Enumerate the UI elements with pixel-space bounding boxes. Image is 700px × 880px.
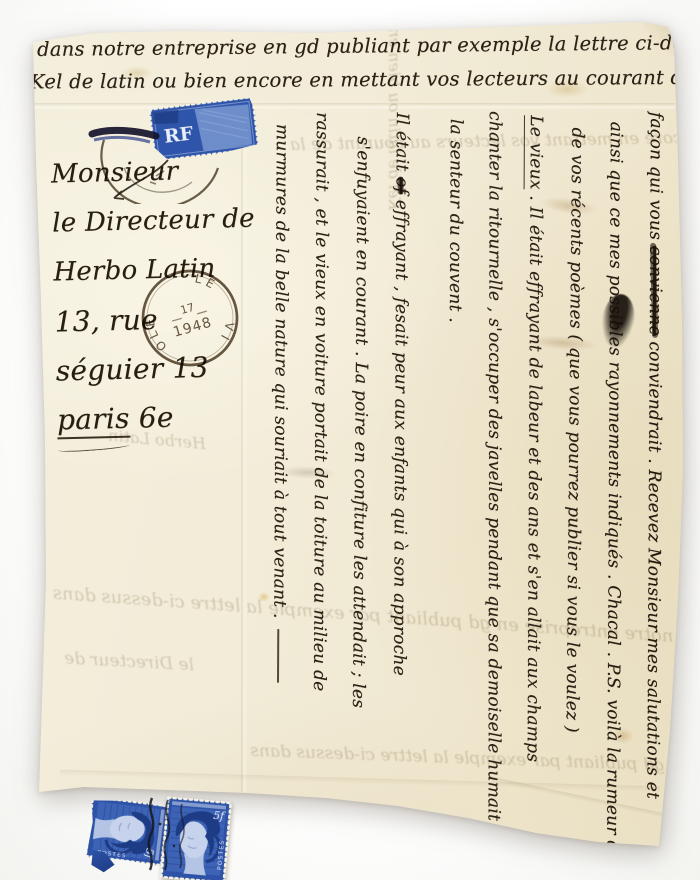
manuscript-text: ainsi que ce mes possibles rayonnements … [602,122,626,879]
manuscript-line: s'enfuyaient en courant . La poire en co… [337,110,383,802]
postmark-ring-letter: L [194,271,204,286]
manuscript-text: murmures de la belle nature qui souriait… [269,124,292,619]
pen-flourish [58,442,130,454]
top-handwritten-line-1: dans notre entreprise en gd publiant par… [37,30,700,61]
cancellation-marks [138,794,218,874]
manuscript-text: rassurait , et le vieux en voiture porta… [309,112,332,691]
city-underlined: paris [57,402,130,440]
postmark-ring-letter: L [146,329,162,341]
manuscript-text: effrayant , fesait peur aux enfants qui … [389,194,412,676]
ghost-writing: le Directeur de [64,649,195,676]
postmark-ring-letter: E [143,318,158,327]
manuscript-line: murmures de la belle nature qui souriait… [258,110,302,802]
photograph-of-letter: Kel de latin ou bien encore en mettant v… [0,0,700,880]
pen-flourish [278,629,280,683]
postmark-year: 1948 [171,314,214,340]
underlined-title: Le vieux [524,115,546,190]
crossed-out-word: of [392,177,412,194]
horizontal-fold-crease [30,103,675,110]
manuscript-line: ainsi que ce mes possibles rayonnements … [592,112,636,804]
postmark-ring-letter: V [221,321,237,333]
manuscript-text: de vos récents poèmes ( que vous pourrez… [562,127,588,732]
manuscript-text: . Il était effrayant de labeur et des an… [523,190,546,763]
manuscript-line: chanter la ritournelle , s'occuper des j… [474,111,515,803]
manuscript-text: s'enfuyaient en courant . La poire en co… [348,136,373,708]
manuscript-text: conviendrait . Recevez Monsieur mes salu… [642,336,664,799]
manuscript-text: la senteur du couvent . [445,119,466,323]
manuscript-line: de vos récents poèmes ( que vous pourrez… [551,111,598,803]
manuscript-text: chanter la ritournelle , s'occuper des j… [484,111,505,821]
manuscript-body-rotated: façon qui vous convienne conviendrait . … [242,110,676,804]
postmark-day: 17 [179,301,196,317]
address-city-line: paris 6e [56,390,260,444]
manuscript-line: façon qui vous convienne conviendrait . … [632,112,676,804]
manuscript-text: façon qui vous [645,112,666,246]
city-arrondissement: 6e [138,401,174,435]
manuscript-line: la senteur du couvent . [432,111,476,803]
manuscript-line: rassurait , et le vieux en voiture porta… [298,110,342,802]
pen-cancel-marks-top [84,118,204,208]
manuscript-line: Il était of effrayant , fesait peur aux … [378,110,422,802]
top-handwritten-line-2: Kel de latin ou bien encore en mettant v… [30,66,700,94]
crossed-out-word: convienne [645,246,665,336]
manuscript-line: Le vieux . Il était effrayant de labeur … [512,111,556,803]
manuscript-text: Il était [392,113,412,178]
